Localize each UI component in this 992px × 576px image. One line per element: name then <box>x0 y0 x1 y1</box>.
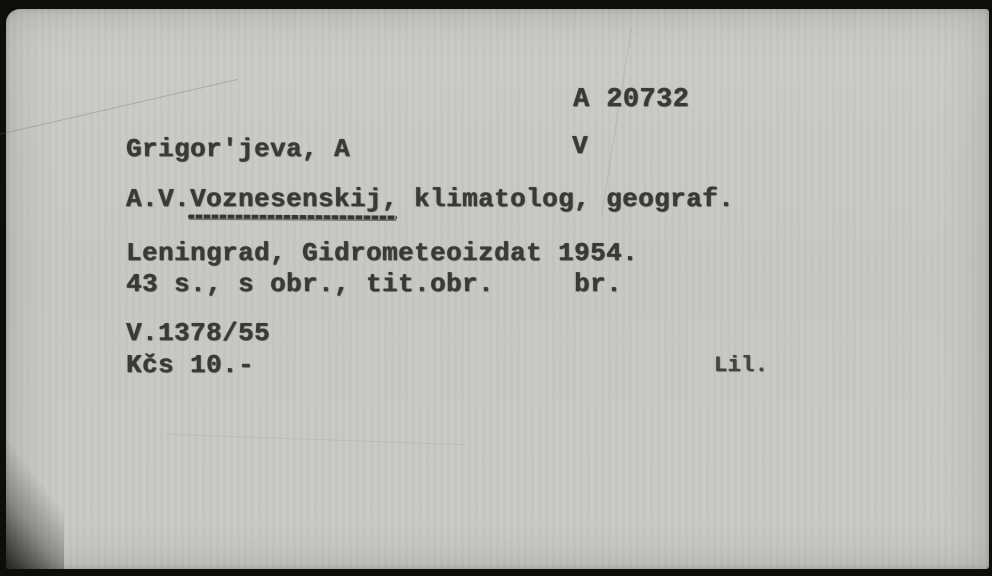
cataloger-mark: Lil. <box>714 353 768 378</box>
title-statement: A.V.Voznesenskij, klimatolog, geograf. <box>126 184 734 214</box>
card-crease <box>0 79 238 136</box>
underlined-subject-name: Voznesenskij, <box>190 184 398 214</box>
accession-number: V.1378/55 <box>126 318 270 348</box>
title-prefix: A.V. <box>126 184 190 214</box>
author-heading: Grigor'jeva, A <box>126 134 350 164</box>
call-number: A 20732 <box>573 85 689 115</box>
classification-letter: V <box>572 131 588 161</box>
price-statement: Kčs 10.- <box>126 350 254 380</box>
card-crease <box>166 434 466 445</box>
catalog-card: A 20732 Grigor'jeva, A V A.V.Voznesenski… <box>6 9 989 569</box>
collation-statement: 43 s., s obr., tit.obr. br. <box>126 269 622 299</box>
card-corner-shadow <box>6 429 64 569</box>
title-rest: klimatolog, geograf. <box>398 184 734 214</box>
imprint-statement: Leningrad, Gidrometeoizdat 1954. <box>126 238 638 268</box>
scanned-catalog-card-page: A 20732 Grigor'jeva, A V A.V.Voznesenski… <box>0 0 992 576</box>
